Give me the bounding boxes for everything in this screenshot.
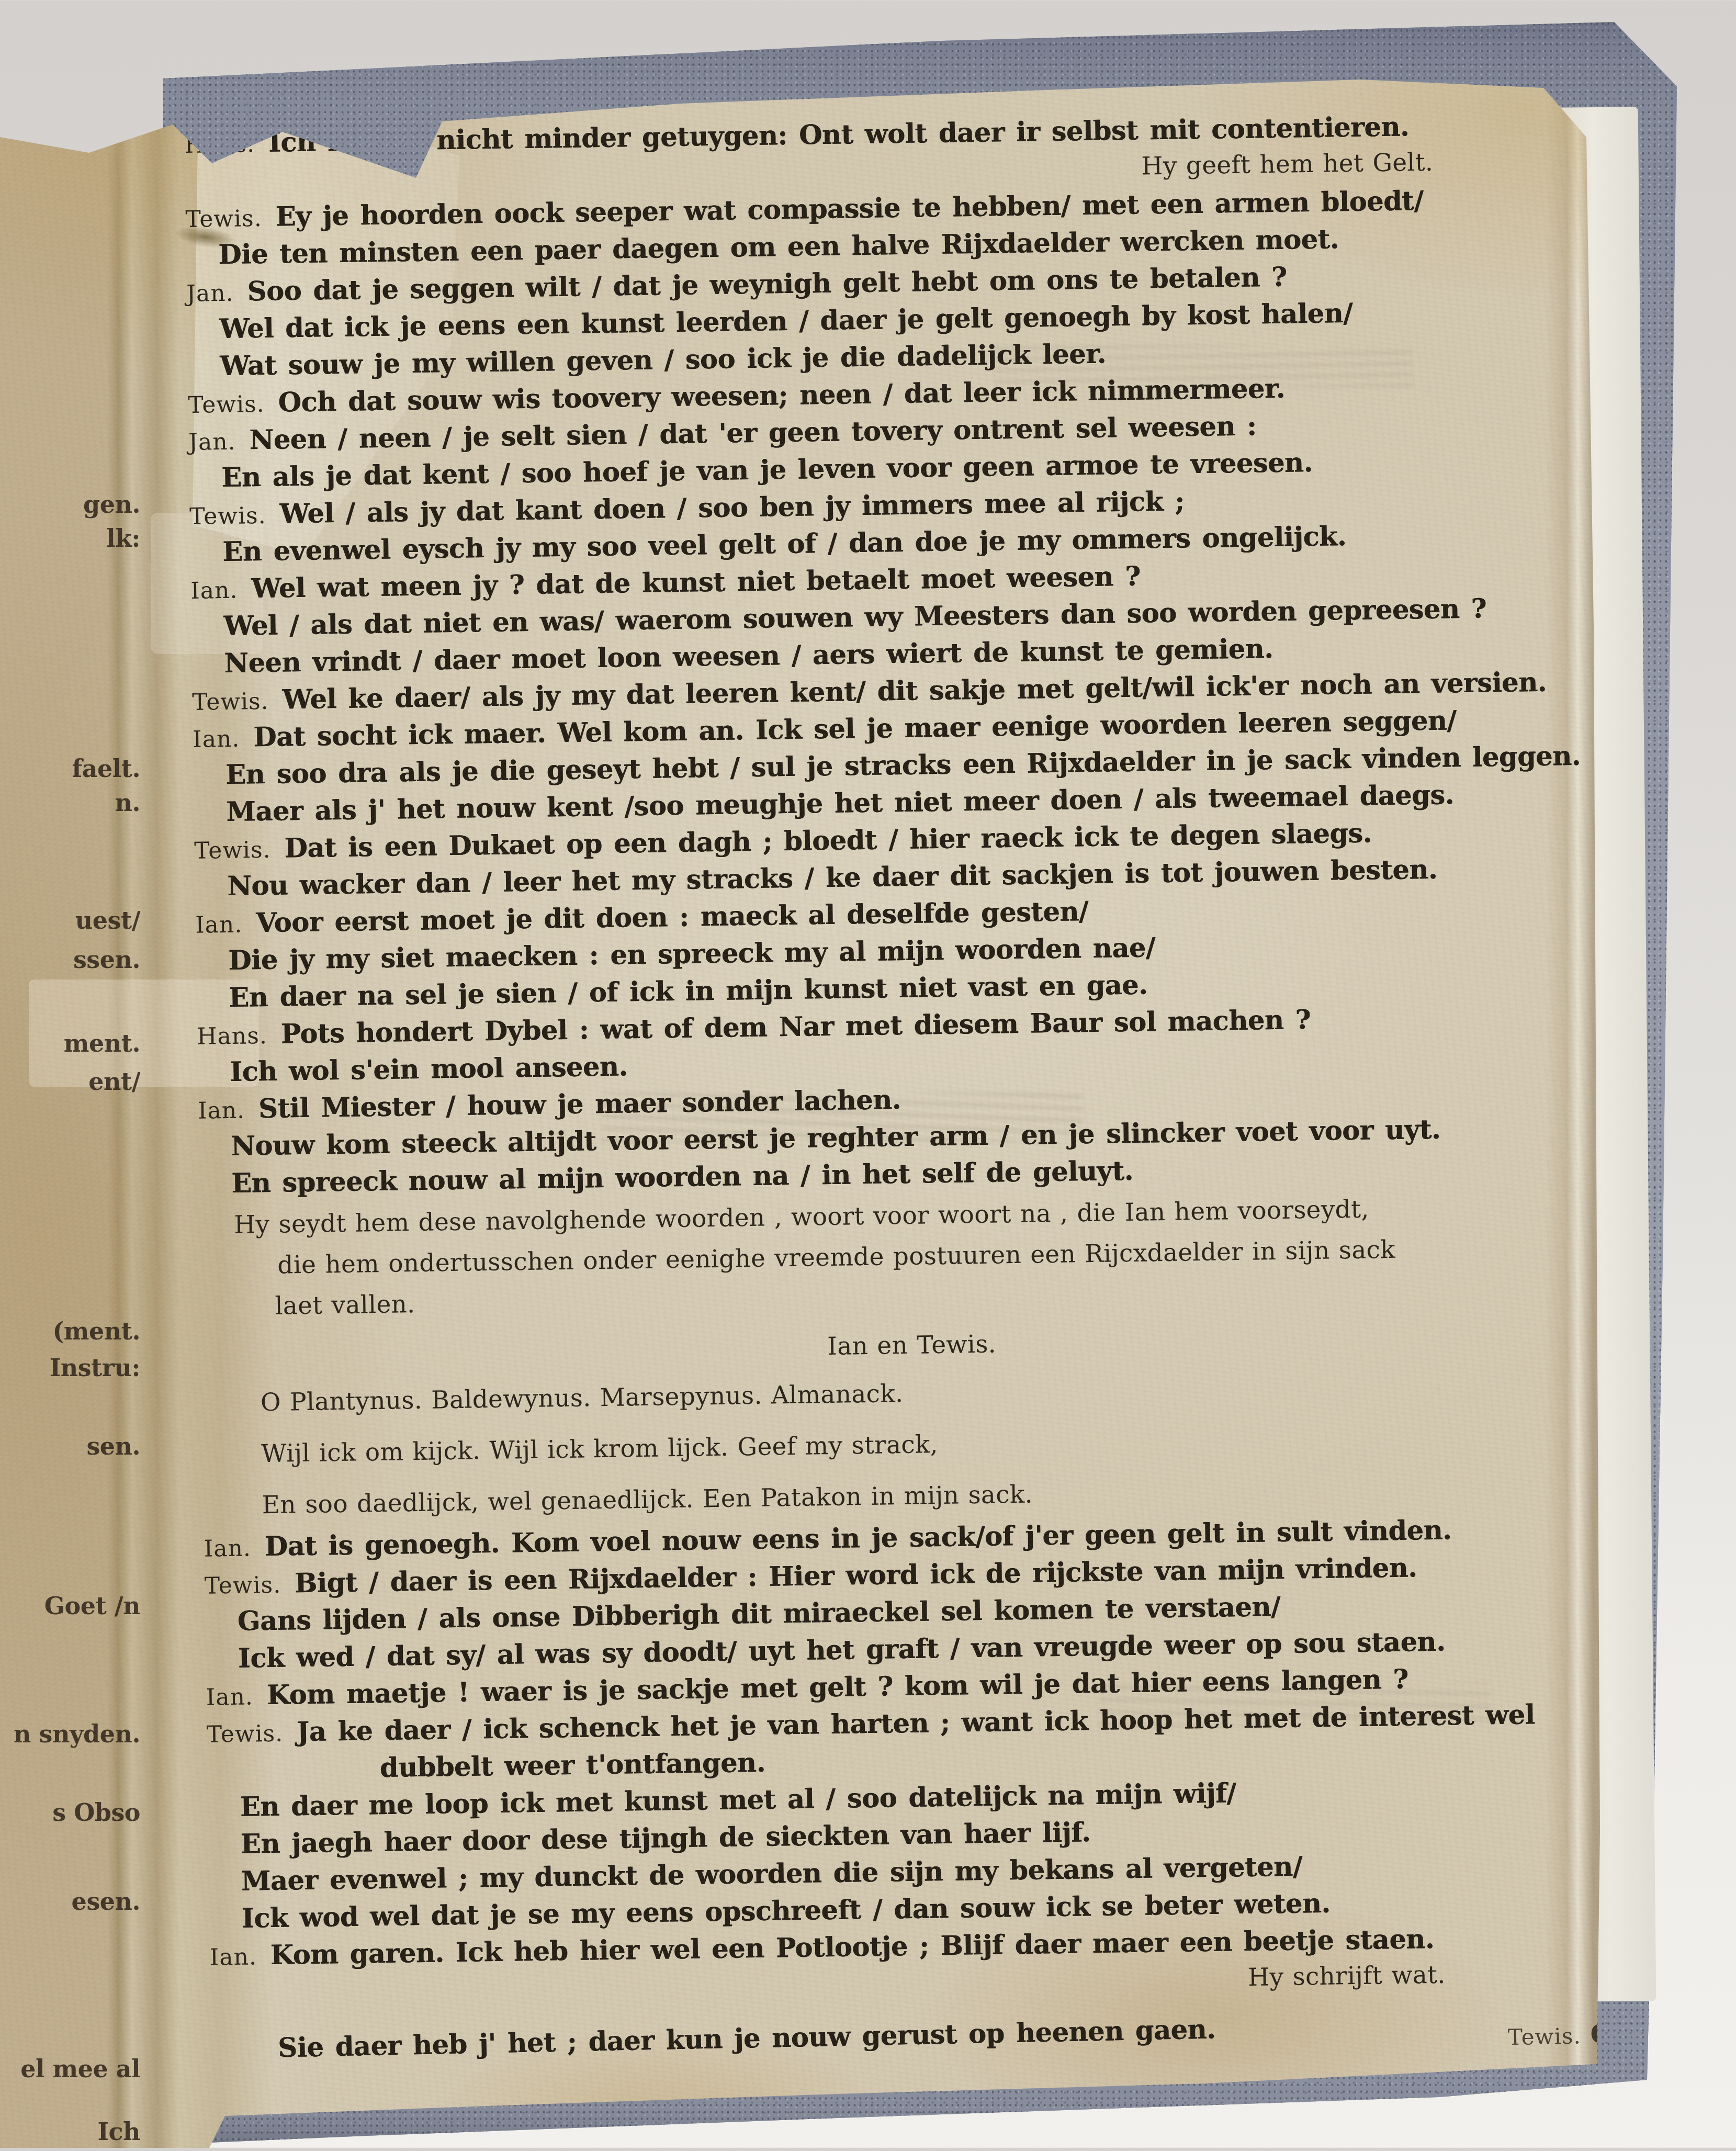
speaker-label: Ian. [206,1683,267,1711]
gutter-fragment: sen. [0,1431,140,1466]
gutter-fragment: Ich [0,2116,140,2148]
speaker-label: Ian. [193,725,254,753]
line-text: laet vallen. [275,1290,415,1321]
speaker-label: Ian. [198,1097,259,1124]
line-text: En soo daedlijck, wel genaedlijck. Een P… [262,1480,1033,1520]
gutter-fragment: faelt. [0,753,140,788]
speaker-label: Tewis. [194,836,285,864]
gutter-fragment: ssen. [0,944,140,979]
speaker-label: Ian. [204,1535,265,1562]
gutter-fragment: ment. [0,1028,140,1063]
gutter-fragment: Instru: [0,1353,140,1387]
speaker-label: Ian. [209,1943,270,1971]
scanned-book-page-photo: 4 gen.lk:faelt.n.uest/ssen.ment.ent/(men… [0,0,1736,2148]
book-page: 4 gen.lk:faelt.n.uest/ssen.ment.ent/(men… [0,0,1736,2148]
text-line: Sie daer heb j' het ; daer kun je nouw g… [211,2005,1632,2070]
speaker-label: Ian. [190,577,252,604]
gutter-fragment: n snyden. [0,1719,140,1753]
gutter-fragment: uest/ [0,905,140,940]
speaker-label: Ian. [195,911,256,939]
speaker-label: Jan. [186,279,247,307]
gutter-fragment: gen. [0,489,140,524]
text-block: Hans.Ich kan es nicht minder getuygen: O… [184,108,1632,2067]
speaker-label: Tewis. [189,502,280,530]
gutter-fragment: s Obso [0,1797,140,1832]
speaker-label: Tewis. [188,391,278,419]
line-text: Ian en Tewis. [827,1330,996,1361]
speaker-label: Tewis. [185,205,276,233]
line-text: Sie daer heb j' het ; daer kun je nouw g… [278,2013,1216,2064]
line-text: Hy geeft hem het Gelt. [1141,148,1433,181]
line-text: Ich wol s'ein mool anseen. [230,1051,628,1088]
speaker-label: Hans. [197,1022,281,1050]
gutter-fragment: Goet /n [0,1591,140,1625]
gutter-fragment: lk: [0,523,140,558]
gutter-fragment: ent/ [0,1066,140,1101]
gutter-fragment: el mee al [0,2054,140,2088]
gutter-fragment: esen. [0,1886,140,1921]
speaker-label: Tewis. [192,688,283,715]
speaker-label: Tewis. [205,1571,295,1599]
line-text: Wijl ick om kijck. Wijl ick krom lijck. … [261,1430,938,1468]
line-text: Hy schrijft wat. [1248,1961,1446,1992]
speaker-label: Tewis. [207,1720,297,1748]
line-text: dubbelt weer t'ontfangen. [379,1747,765,1784]
gutter-fragment: (ment. [0,1316,140,1350]
speaker-label: Jan. [188,428,250,456]
gutter-fragment: n. [0,787,140,822]
line-text: O Plantynus. Baldewynus. Marsepynus. Alm… [261,1379,904,1417]
